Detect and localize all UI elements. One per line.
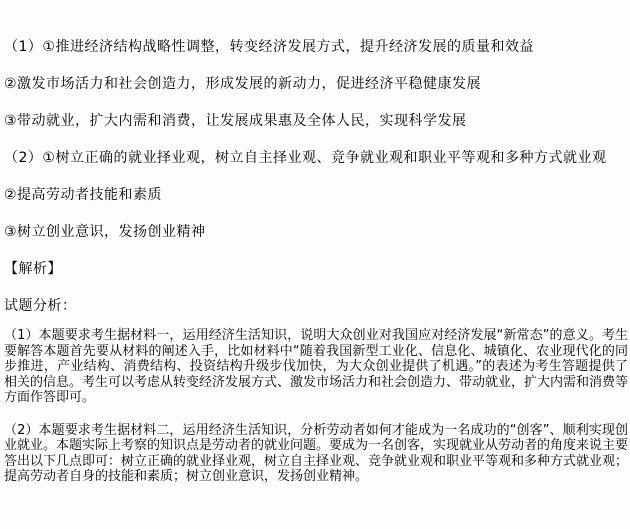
answer-document: （1）①推进经济结构战略性调整，转变经济发展方式，提升经济发展的质量和效益 ②激…: [0, 0, 630, 485]
analysis-paragraph-2: （2）本题要求考生据材料二，运用经济生活知识，分析劳动者如何才能成为一名成功的“…: [4, 423, 628, 485]
answer-line-2-1: （2）①树立正确的就业择业观，树立自主择业观、竞争就业观和职业平等观和多种方式就…: [4, 150, 628, 166]
analysis-section-label: 【解析】: [4, 261, 628, 277]
answer-line-1-3: ③带动就业，扩大内需和消费，让发展成果惠及全体人民，实现科学发展: [4, 113, 628, 129]
analysis-subtitle: 试题分析：: [4, 298, 628, 314]
analysis-paragraph-1: （1）本题要求考生据材料一，运用经济生活知识，说明大众创业对我国应对经济发展“新…: [4, 328, 628, 406]
answer-line-2-2: ②提高劳动者技能和素质: [4, 187, 628, 203]
answer-line-2-3: ③树立创业意识，发扬创业精神: [4, 224, 628, 240]
answer-line-1-1: （1）①推进经济结构战略性调整，转变经济发展方式，提升经济发展的质量和效益: [4, 39, 628, 55]
answer-line-1-2: ②激发市场活力和社会创造力，形成发展的新动力，促进经济平稳健康发展: [4, 76, 628, 92]
